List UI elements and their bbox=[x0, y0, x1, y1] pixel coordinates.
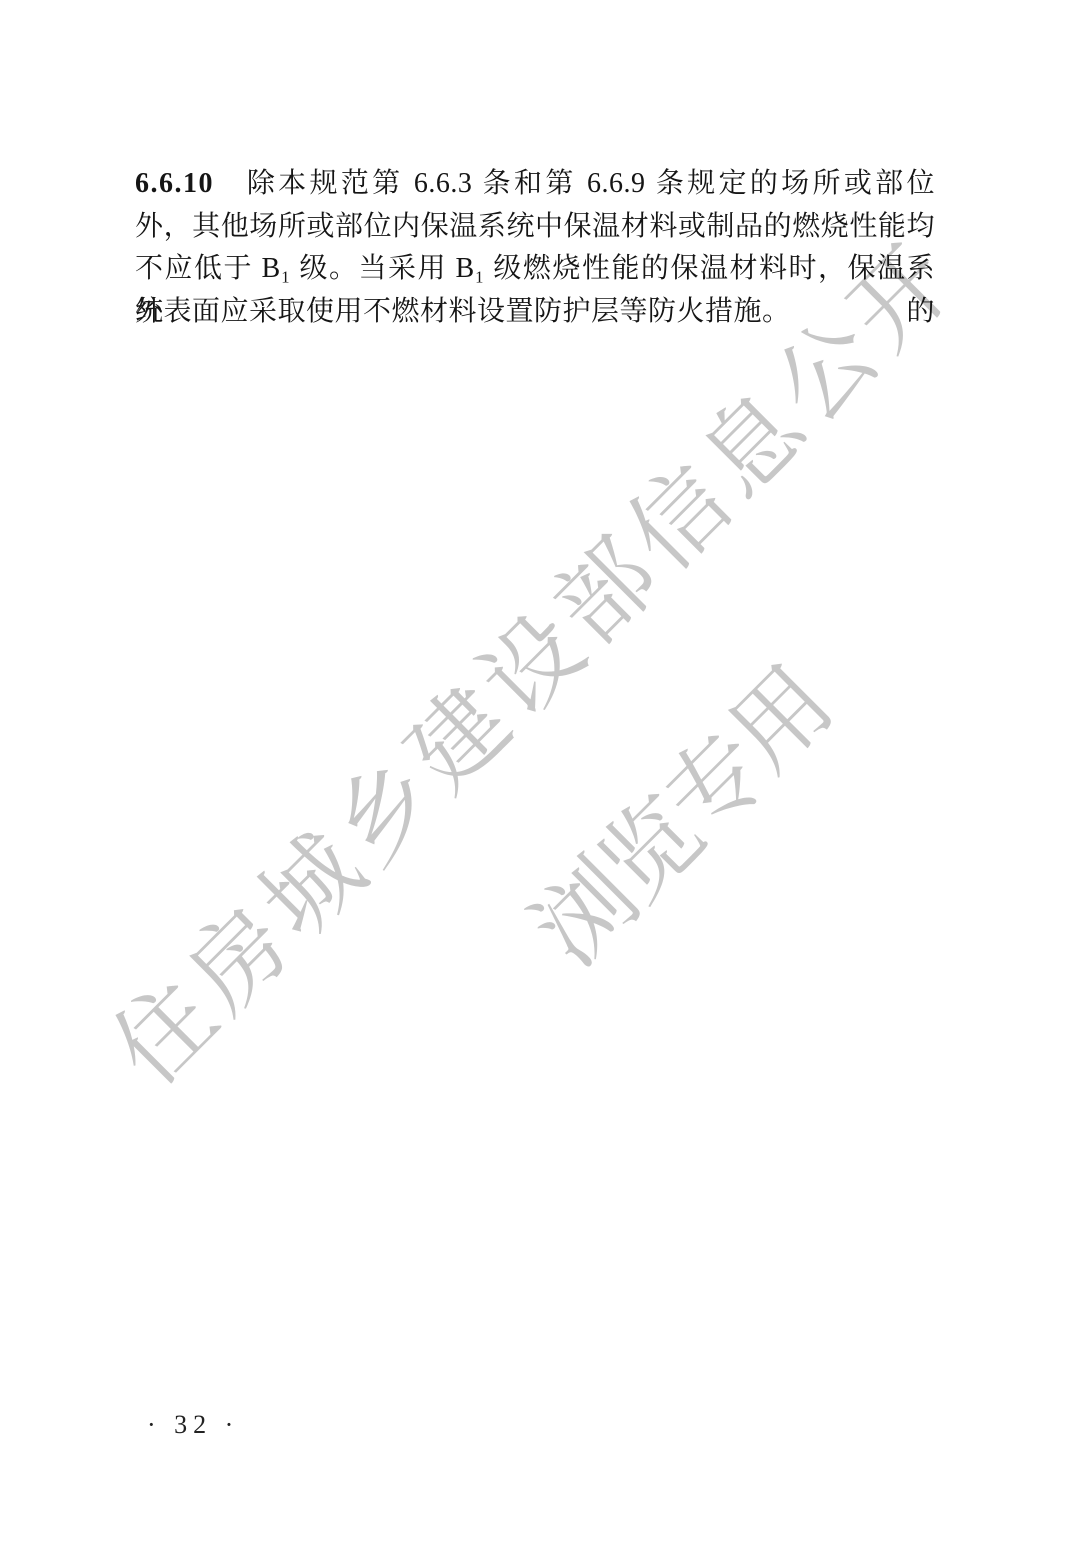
page-number: · 32 · bbox=[147, 1410, 239, 1440]
clause-paragraph: 6.6.10除本规范第 6.6.3 条和第 6.6.9 条规定的场所或部位 外，… bbox=[135, 163, 935, 333]
clause-number: 6.6.10 bbox=[135, 168, 214, 199]
clause-line-1: 6.6.10除本规范第 6.6.3 条和第 6.6.9 条规定的场所或部位 bbox=[135, 163, 935, 206]
document-page: 住房城乡建设部信息公开 浏览专用 6.6.10除本规范第 6.6.3 条和第 6… bbox=[0, 0, 1080, 1565]
clause-line-3: 不应低于 B₁ 级。当采用 B₁ 级燃烧性能的保温材料时，保温系统的 bbox=[135, 248, 935, 291]
watermark-primary-text: 住房城乡建设部信息公开 bbox=[77, 204, 983, 1110]
clause-line-2: 外，其他场所或部位内保温系统中保温材料或制品的燃烧性能均 bbox=[135, 206, 935, 249]
clause-line-1-text: 除本规范第 6.6.3 条和第 6.6.9 条规定的场所或部位 bbox=[244, 168, 935, 199]
